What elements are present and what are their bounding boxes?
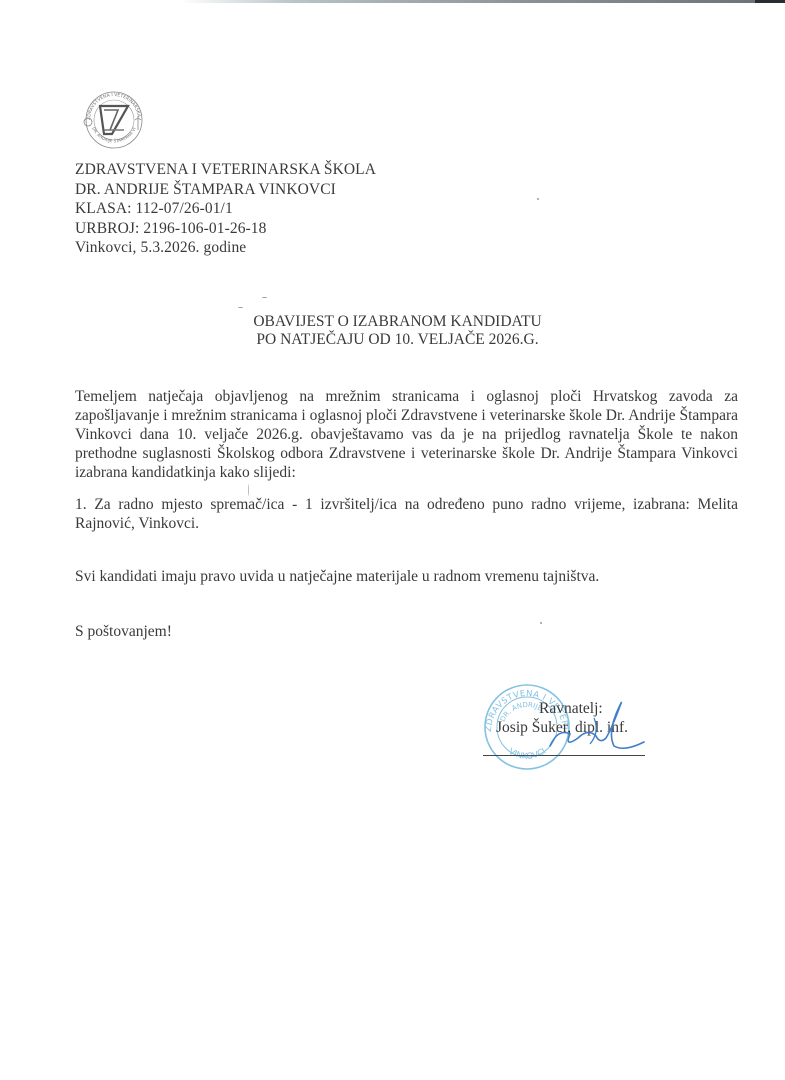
scan-top-corner <box>755 0 785 3</box>
signature-line <box>483 755 645 756</box>
scan-speck <box>537 198 539 200</box>
title-line2: PO NATJEČAJU OD 10. VELJAČE 2026.G. <box>0 331 785 349</box>
title-line1: OBAVIJEST O IZABRANOM KANDIDATU <box>0 313 785 331</box>
closing-salutation: S poštovanjem! <box>75 622 738 641</box>
scan-speck <box>248 484 249 496</box>
body-paragraph-rights: Svi kandidati imaju pravo uvida u natječ… <box>75 567 738 586</box>
place-date: Vinkovci, 5.3.2026. godine <box>75 238 376 258</box>
scan-speck <box>540 622 542 624</box>
school-name-line1: ZDRAVSTVENA I VETERINARSKA ŠKOLA <box>75 160 376 180</box>
document-title: OBAVIJEST O IZABRANOM KANDIDATU PO NATJE… <box>0 313 785 349</box>
scan-top-edge <box>180 0 755 3</box>
body-paragraph-intro: Temeljem natječaja objavljenog na mrežni… <box>75 387 738 482</box>
school-name-line2: DR. ANDRIJE ŠTAMPARA VINKOVCI <box>75 180 376 200</box>
scan-speck <box>238 307 243 308</box>
klasa-number: KLASA: 112-07/26-01/1 <box>75 199 376 219</box>
letterhead: ZDRAVSTVENA I VETERINARSKA ŠKOLA DR. AND… <box>75 160 376 258</box>
handwritten-signature-icon <box>540 688 650 758</box>
school-emblem-icon: ZDRAVSTVENA I VETERINARSKA ŠKOLA DR. AND… <box>74 86 154 156</box>
scan-speck <box>262 297 267 298</box>
urbroj-number: URBROJ: 2196-106-01-26-18 <box>75 219 376 239</box>
body-paragraph-selection: 1. Za radno mjesto spremač/ica - 1 izvrš… <box>75 495 738 533</box>
svg-text:ZDRAVSTVENA I VETERINARSKA ŠKO: ZDRAVSTVENA I VETERINARSKA ŠKOLA <box>74 86 142 120</box>
